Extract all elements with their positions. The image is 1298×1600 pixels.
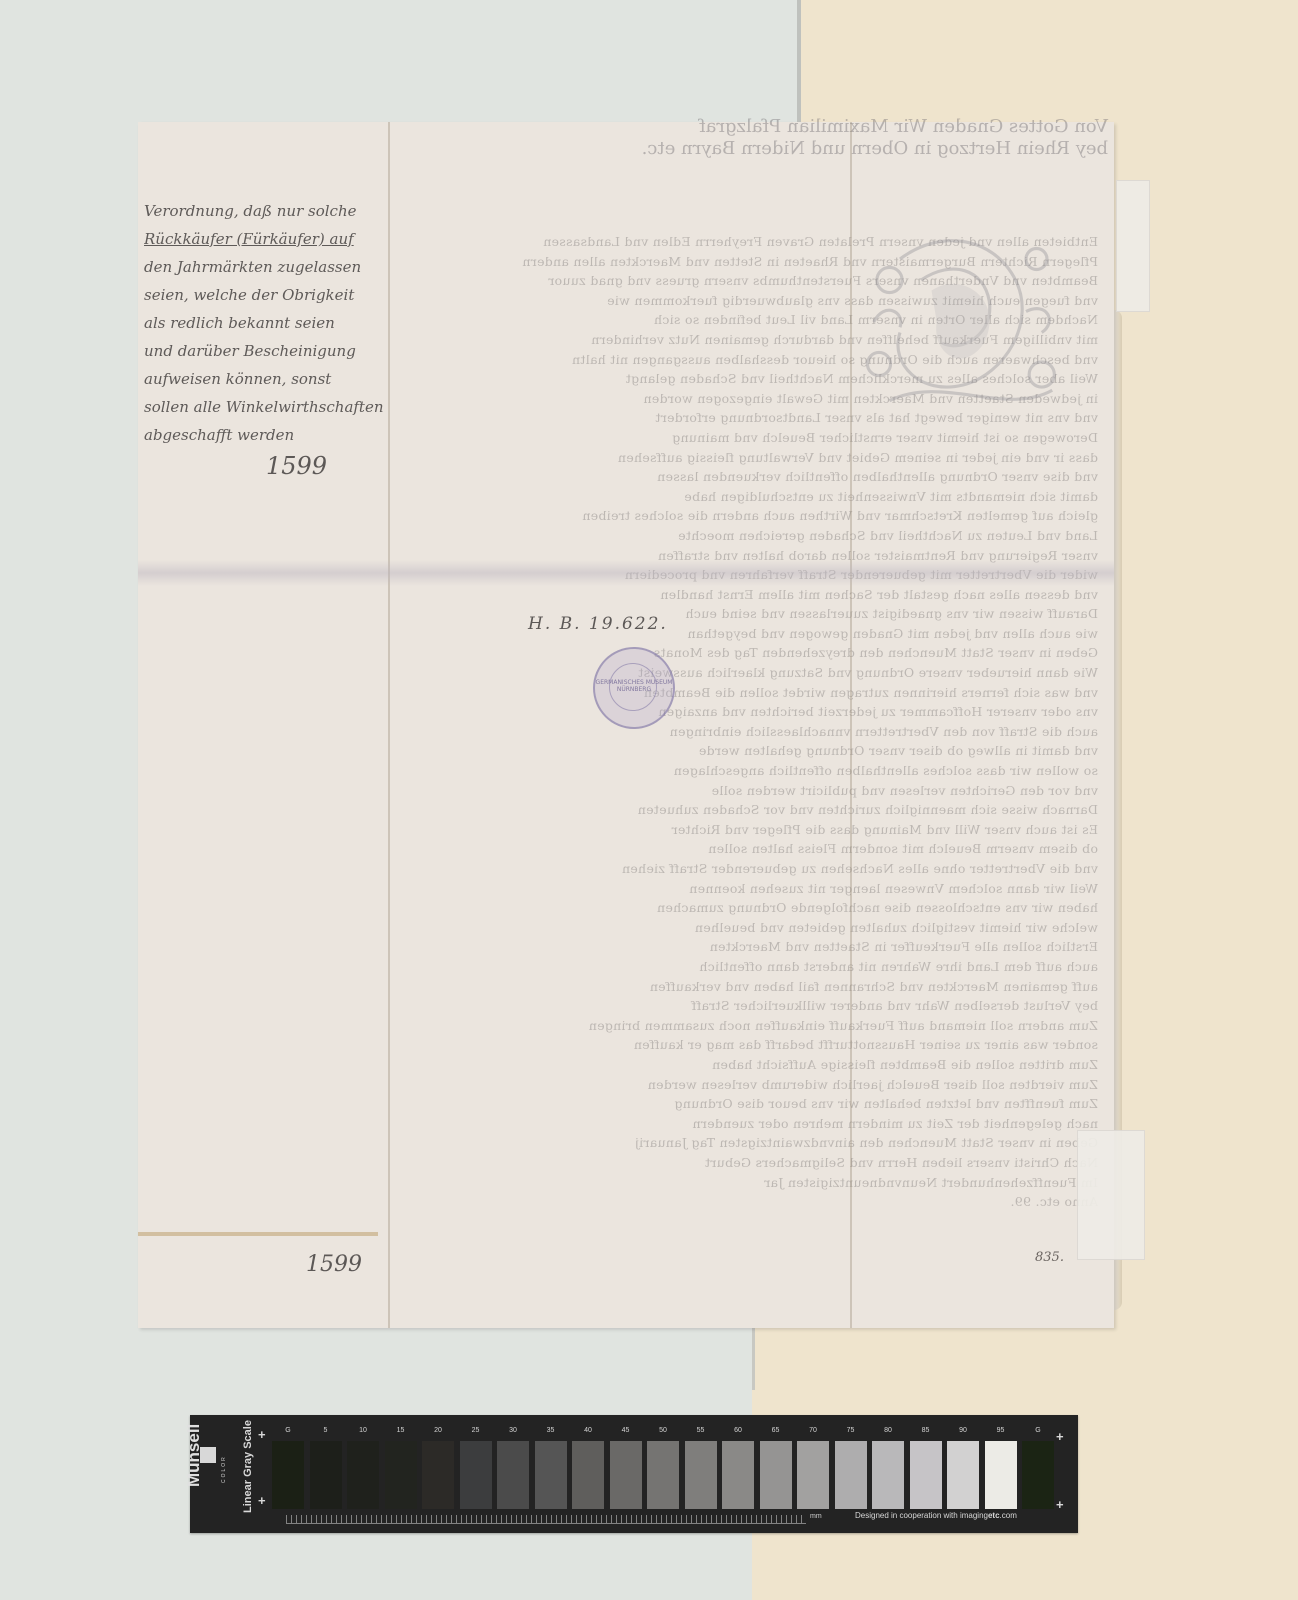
fold-line-vertical [850,122,852,1328]
note-line: aufweisen können, sonst [144,365,384,393]
gray-patch [685,1441,717,1509]
registration-mark-icon: + [1056,1497,1064,1512]
water-stain [138,1232,378,1236]
heading-line: Von Gottes Gnaden Wir Maximilian Pfalzgr… [388,116,1108,138]
note-line: abgeschafft werden [144,421,384,449]
gray-patch [572,1441,604,1509]
gray-patch [985,1441,1017,1509]
patch-label: 20 [422,1427,454,1434]
document-sheet: Von Gottes Gnaden Wir Maximilian Pfalzgr… [138,122,1114,1328]
bleed-line: Zum andern soll niemand auff Fuerkauff e… [158,1016,1098,1036]
note-line: sollen alle Winkelwirthschaften [144,393,384,421]
handwritten-note: Verordnung, daß nur solche Rückkäufer (F… [144,197,384,449]
gray-patch [872,1441,904,1509]
bleed-line: Darnach wisse sich maenniglich zurichten… [158,800,1098,820]
note-line: Rückkäufer (Fürkäufer) auf [144,225,384,253]
patch-label: G [1022,1427,1054,1434]
ornamental-initial-icon [858,217,1068,427]
registration-mark-icon: + [258,1427,266,1442]
bleed-line: auff gemainen Maerckten vnd Schrannen fa… [158,977,1098,997]
credit-suffix: .com [1000,1511,1017,1520]
handwritten-year-bottom: 1599 [306,1252,362,1277]
patch-label: 55 [685,1427,717,1434]
patch-label: 10 [347,1427,379,1434]
bleed-line: Erstlich sollen alle Fuerkeuffer in Stae… [158,937,1098,957]
bleed-line: so wollen wir dass solches allenthalben … [158,761,1098,781]
fold-line-horizontal [138,560,1114,586]
patch-label: 80 [872,1427,904,1434]
registration-mark-icon: + [258,1493,266,1508]
patch-label: 50 [647,1427,679,1434]
gray-scale-card: Munsell COLOR Linear Gray Scale + + + + … [190,1415,1078,1533]
bleed-line: Zum vierdten soll diser Beuelch jaerlich… [158,1075,1098,1095]
patch-label: 70 [797,1427,829,1434]
patch-label: 25 [460,1427,492,1434]
bleed-line: auch auff dem Land ihre Wahren nit ander… [158,957,1098,977]
patch-label: 5 [310,1427,342,1434]
patch-label: 65 [760,1427,792,1434]
patch-label: 15 [385,1427,417,1434]
patch-label: 75 [835,1427,867,1434]
patch-label: 40 [572,1427,604,1434]
page-number: 835. [1035,1250,1064,1265]
bleed-line: Es ist auch vnser Will vnd Mainung dass … [158,820,1098,840]
gray-patch [497,1441,529,1509]
gray-patch [910,1441,942,1509]
patch-label: 60 [722,1427,754,1434]
bleed-line: Weil wir dann solchem Vnwesen laenger ni… [158,879,1098,899]
gray-patch [647,1441,679,1509]
mm-ruler [286,1515,806,1524]
bleed-line: Land vnd Leuten zu Nachtheil vnd Schaden… [158,526,1098,546]
bleed-line: vnd vor den Gerichten verlesen vnd publi… [158,781,1098,801]
bleed-line: damit sich niemandts mit Vnwissenheit zu… [158,487,1098,507]
patch-label: 45 [610,1427,642,1434]
note-line: den Jahrmärkten zugelassen [144,253,384,281]
bleed-line: Anno etc. 99. [158,1192,1098,1212]
bleed-line: Zum fuenfften vnd letzten behalten wir v… [158,1094,1098,1114]
patch-label: G [272,1427,304,1434]
gray-patch [422,1441,454,1509]
gray-patch [347,1441,379,1509]
brand-sub: COLOR [221,1455,227,1483]
gray-patch [535,1441,567,1509]
bleed-line: bey Verlust derselben Wahr vnd anderer w… [158,996,1098,1016]
note-line: Verordnung, daß nur solche [144,197,384,225]
fold-line-vertical [388,122,390,1328]
patch-label: 90 [947,1427,979,1434]
heading-line: bey Rhein Hertzog in Obern und Nidern Ba… [388,138,1108,160]
bleed-line: vnd dessen alles nach gestalt der Sachen… [158,585,1098,605]
gray-patch [310,1441,342,1509]
bleed-line: welche wir hiemit vestiglich zuhalten ge… [158,918,1098,938]
shelfmark: H. B. 19.622. [528,614,668,634]
bleed-line: vnd damit in allweg ob diser vnser Ordnu… [158,741,1098,761]
gray-patch [610,1441,642,1509]
registration-mark-icon: + [1056,1429,1064,1444]
patch-label: 85 [910,1427,942,1434]
gray-patch [835,1441,867,1509]
credit-bold: etc [988,1511,1000,1520]
bleed-line: Zum dritten sollen die Beambten fleissig… [158,1055,1098,1075]
stamp-text: GERMANISCHES MUSEUM NÜRNBERG [595,679,673,693]
note-line: seien, welche der Obrigkeit [144,281,384,309]
bleed-line: Geben in vnser Statt Muenchen den ainvnd… [158,1133,1098,1153]
gray-patch [460,1441,492,1509]
bleed-line: nach gelegenheit der Zeit zu mindern meh… [158,1114,1098,1134]
gray-patch [1022,1441,1054,1509]
gray-patch [797,1441,829,1509]
patch-label: 95 [985,1427,1017,1434]
museum-stamp: GERMANISCHES MUSEUM NÜRNBERG [593,647,675,729]
gray-patch [947,1441,979,1509]
scale-name: Linear Gray Scale [242,1420,254,1513]
gray-patch [385,1441,417,1509]
tape-strip-bottom [1077,1130,1145,1260]
note-line: als redlich bekannt seien [144,309,384,337]
credit-text: Designed in cooperation with imagingetc.… [855,1511,1017,1520]
patch-label: 30 [497,1427,529,1434]
bleed-line: haben wir vns entschlossen dise nachfolg… [158,898,1098,918]
brand-name: Munsell [184,1417,204,1487]
ruler-unit: mm [810,1513,822,1520]
note-line: und darüber Bescheinigung [144,337,384,365]
printed-heading-bleed: Von Gottes Gnaden Wir Maximilian Pfalzgr… [388,116,1108,160]
bleed-line: Nach Christi vnsers lieben Herrn vnd Sel… [158,1153,1098,1173]
gray-patch [272,1441,304,1509]
bleed-line: sonder was ainer zu seiner Haussnotturff… [158,1035,1098,1055]
gray-patch [760,1441,792,1509]
bleed-line: Im Fuenffzehenhundert Neunvndneuntzigist… [158,1173,1098,1193]
bleed-line: gleich auf gemelten Kretschmar vnd Wirth… [158,506,1098,526]
bleed-line: ob disem vnserm Beuelch mit sonderm Flei… [158,839,1098,859]
bleed-line: vnd die Vbertretter ohne alles Nachsehen… [158,859,1098,879]
credit-prefix: Designed in cooperation with imaging [855,1511,988,1520]
patch-label: 35 [535,1427,567,1434]
tape-strip-top [1116,180,1150,312]
gray-patch [722,1441,754,1509]
handwritten-year-top: 1599 [266,452,327,480]
